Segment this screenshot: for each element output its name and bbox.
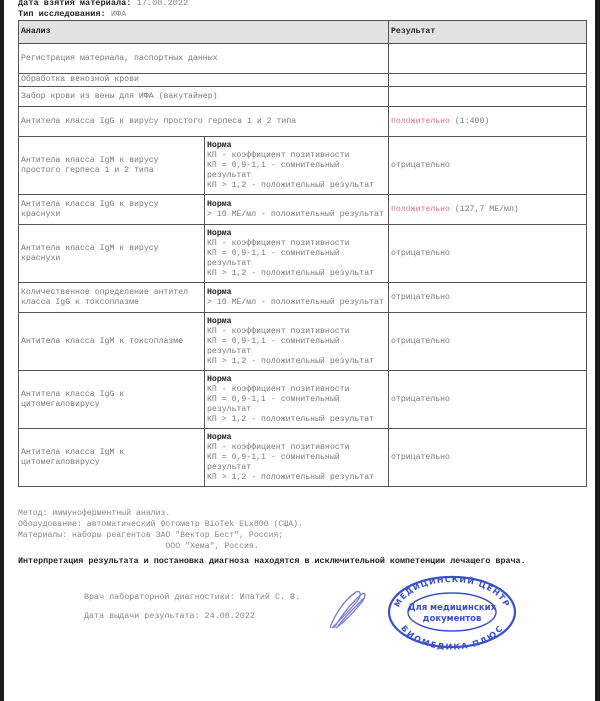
result-detail: (127,7 МЕ/мл) <box>450 205 519 214</box>
result-value <box>389 74 587 87</box>
svg-text:БИОМЕДИКА ПЛЮС: БИОМЕДИКА ПЛЮС <box>399 624 505 650</box>
issue-date: Дата выдачи результата: 24.08.2022 <box>84 611 255 621</box>
analysis-name: Антитела класса IgG к вирусу простого ге… <box>19 107 389 137</box>
norm-title: Норма <box>207 141 386 151</box>
norm-line: КП > 1,2 - положительный результат <box>207 473 386 483</box>
result-value: отрицательно <box>389 429 587 487</box>
analysis-name: Обработка венозной крови <box>19 74 389 87</box>
equipment-text: Оборудование: автоматический фотометр Bi… <box>18 520 303 529</box>
stamp-icon: МЕДИЦИНСКИЙ ЦЕНТР БИОМЕДИКА ПЛЮС Для мед… <box>386 574 518 650</box>
norm-line: КП > 1,2 - положительный результат <box>207 269 386 279</box>
sample-date-line: Дата взятия материала: 17.08.2022 <box>18 0 188 8</box>
norm-line: КП > 1,2 - положительный результат <box>207 357 386 367</box>
table-row: Антитела класса IgM к цитомегаловирусуНо… <box>19 429 587 487</box>
analysis-name: Антитела класса IgG к вирусу краснухи <box>19 195 205 225</box>
disclaimer: Интерпретация результата и постановка ди… <box>18 556 526 566</box>
norm-line: КП = 0,9-1,1 - сомнительный результат <box>207 249 386 269</box>
result-value: положительно (1:400) <box>389 107 587 137</box>
norm-line: КП - коэффициент позитивности <box>207 239 386 249</box>
norm-line: КП > 1,2 - положительный результат <box>207 181 386 191</box>
signature-icon <box>322 588 372 632</box>
table-row: Антитела класса IgM к вирусу простого ге… <box>19 137 587 195</box>
column-header-result: Результат <box>389 21 587 44</box>
svg-text:Для медицинских: Для медицинских <box>408 603 497 613</box>
column-header-analysis: Анализ <box>19 21 389 44</box>
norm-line: КП - коэффициент позитивности <box>207 151 386 161</box>
norm-line: КП = 0,9-1,1 - сомнительный результат <box>207 395 386 415</box>
method-text: Метод: иммуноферментный анализ. <box>18 509 170 518</box>
result-detail: (1:400) <box>450 117 489 126</box>
materials-text-2: ООО "Хема", Россия. <box>18 542 259 551</box>
norm-line: КП > 1,2 - положительный результат <box>207 415 386 425</box>
result-value: отрицательно <box>389 371 587 429</box>
result-text: отрицательно <box>391 161 450 170</box>
norm-title: Норма <box>207 375 386 385</box>
reference-norm: НормаКП - коэффициент позитивностиКП = 0… <box>205 429 389 487</box>
document-page: Дата взятия материала: 17.08.2022 Тип ис… <box>4 0 595 701</box>
result-text: отрицательно <box>391 453 450 462</box>
table-row: Количественное определение антител класс… <box>19 283 587 313</box>
method-notes: Метод: иммуноферментный анализ. Оборудов… <box>18 508 303 552</box>
analysis-name: Антитела класса IgM к токсоплазме <box>19 313 205 371</box>
reference-norm: Норма> 10 МЕ/мл - положительный результа… <box>205 283 389 313</box>
table-row: Антитела класса IgM к токсоплазмеНормаКП… <box>19 313 587 371</box>
result-value: положительно (127,7 МЕ/мл) <box>389 195 587 225</box>
table-row: Антитела класса IgG к цитомегаловирусуНо… <box>19 371 587 429</box>
table-row: Забор крови из вены для ИФА (вакутайнер) <box>19 87 587 107</box>
norm-line: КП - коэффициент позитивности <box>207 385 386 395</box>
study-type-label: Тип исследования: <box>18 9 106 19</box>
norm-line: КП = 0,9-1,1 - сомнительный результат <box>207 453 386 473</box>
table-row: Регистрация материала, паспортных данных <box>19 44 587 74</box>
sample-date-value: 17.08.2022 <box>137 0 189 8</box>
result-text: отрицательно <box>391 337 450 346</box>
norm-line: КП = 0,9-1,1 - сомнительный результат <box>207 161 386 181</box>
norm-title: Норма <box>207 229 386 239</box>
study-type-value: ИФА <box>111 9 126 19</box>
result-text: отрицательно <box>391 293 450 302</box>
norm-line: КП - коэффициент позитивности <box>207 443 386 453</box>
table-row: Антитела класса IgG к вирусу простого ге… <box>19 107 587 137</box>
results-table: Анализ Результат Регистрация материала, … <box>18 20 587 487</box>
norm-title: Норма <box>207 433 386 443</box>
norm-title: Норма <box>207 317 386 327</box>
analysis-name: Антитела класса IgM к вирусу простого ге… <box>19 137 205 195</box>
svg-text:документов: документов <box>423 614 482 624</box>
reference-norm: НормаКП - коэффициент позитивностиКП = 0… <box>205 371 389 429</box>
norm-title: Норма <box>207 200 386 210</box>
table-row: Антитела класса IgG к вирусу краснухиНор… <box>19 195 587 225</box>
table-row: Антитела класса IgM к вирусу краснухиНор… <box>19 225 587 283</box>
analysis-name: Регистрация материала, паспортных данных <box>19 44 389 74</box>
reference-norm: НормаКП - коэффициент позитивностиКП = 0… <box>205 137 389 195</box>
norm-line: > 10 МЕ/мл - положительный результат <box>207 298 386 308</box>
norm-line: > 10 МЕ/мл - положительный результат <box>207 210 386 220</box>
table-header-row: Анализ Результат <box>19 21 587 44</box>
result-value: отрицательно <box>389 225 587 283</box>
norm-title: Норма <box>207 288 386 298</box>
doctor-name: Врач лабораторной диагностики: Ипатий С.… <box>84 592 300 602</box>
reference-norm: НормаКП - коэффициент позитивностиКП = 0… <box>205 313 389 371</box>
result-text: отрицательно <box>391 395 450 404</box>
norm-line: КП - коэффициент позитивности <box>207 327 386 337</box>
result-value <box>389 44 587 74</box>
result-value: отрицательно <box>389 313 587 371</box>
positive-result: положительно <box>391 117 450 126</box>
analysis-name: Количественное определение антител класс… <box>19 283 205 313</box>
result-value: отрицательно <box>389 283 587 313</box>
positive-result: положительно <box>391 205 450 214</box>
study-type-line: Тип исследования: ИФА <box>18 9 126 19</box>
result-text: отрицательно <box>391 249 450 258</box>
result-value: отрицательно <box>389 137 587 195</box>
analysis-name: Антитела класса IgM к цитомегаловирусу <box>19 429 205 487</box>
analysis-name: Антитела класса IgG к цитомегаловирусу <box>19 371 205 429</box>
sample-date-label: Дата взятия материала: <box>18 0 131 8</box>
analysis-name: Забор крови из вены для ИФА (вакутайнер) <box>19 87 389 107</box>
table-row: Обработка венозной крови <box>19 74 587 87</box>
reference-norm: НормаКП - коэффициент позитивностиКП = 0… <box>205 225 389 283</box>
materials-text: Материалы: наборы реагентов ЗАО "Вектор … <box>18 531 283 540</box>
analysis-name: Антитела класса IgM к вирусу краснухи <box>19 225 205 283</box>
reference-norm: Норма> 10 МЕ/мл - положительный результа… <box>205 195 389 225</box>
result-value <box>389 87 587 107</box>
norm-line: КП = 0,9-1,1 - сомнительный результат <box>207 337 386 357</box>
